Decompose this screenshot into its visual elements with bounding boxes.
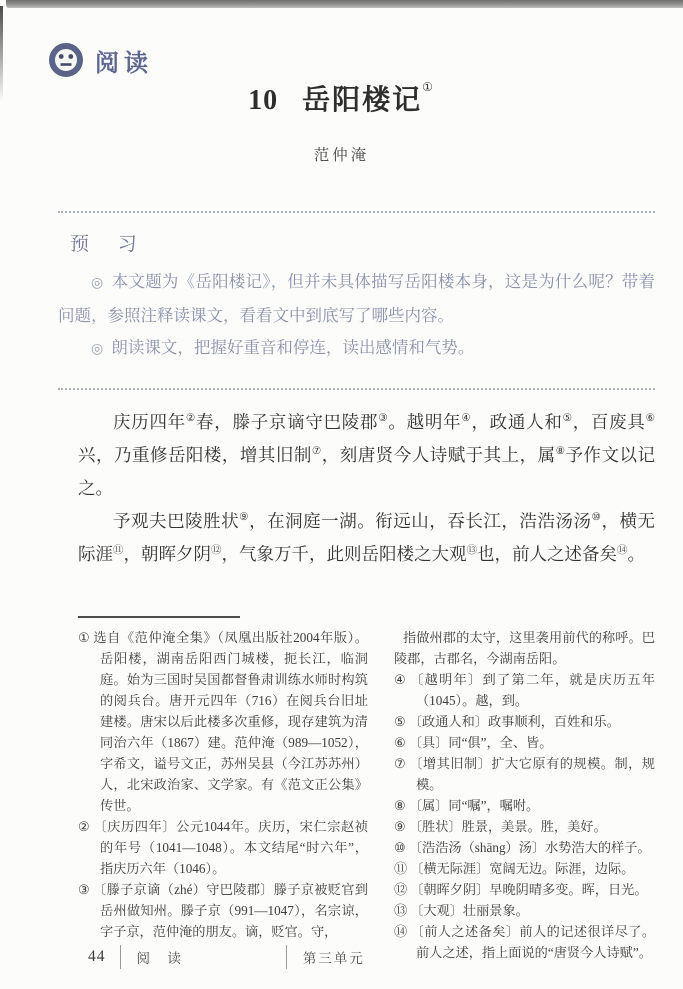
preview-heading: 预 习 bbox=[70, 229, 655, 256]
footer-unit-label: 第三单元 bbox=[303, 947, 365, 967]
lesson-title-text: 岳阳楼记 bbox=[302, 85, 422, 116]
note-ref: ⑤ bbox=[563, 413, 573, 424]
footnote-text: 〔大观〕壮丽景象。 bbox=[410, 903, 529, 918]
footnote-item: ④〔越明年〕到了第二年，就是庆历五年（1045）。越，到。 bbox=[394, 669, 655, 711]
footer-section-label: 阅 读 bbox=[137, 947, 188, 967]
footnote-number: ④ bbox=[394, 672, 407, 687]
footnote-number: ⑧ bbox=[394, 798, 406, 813]
footnote-item: ⑨〔胜状〕胜景，美景。胜，美好。 bbox=[394, 816, 655, 837]
preview-item: ◎ 本文题为《岳阳楼记》，但并未具体描写岳阳楼本身，这是为什么呢？带着问题，参照… bbox=[58, 266, 655, 332]
note-ref: ⑥ bbox=[646, 413, 655, 424]
footnote-number: ⑩ bbox=[394, 840, 406, 855]
footnote-item: ⑧〔属〕同“嘱”，嘱咐。 bbox=[394, 795, 655, 816]
footnote-number: ① bbox=[78, 630, 90, 645]
footnote-text: 〔增其旧制〕扩大它原有的规模。制，规模。 bbox=[409, 756, 655, 792]
footnote-text: 〔前人之述备矣〕前人的记述很详尽了。前人之述，指上面说的“唐贤今人诗赋”。 bbox=[411, 924, 655, 960]
note-ref: ⑬ bbox=[467, 545, 478, 556]
footnote-continuation: 指做州郡的太守，这里袭用前代的称呼。巴陵郡，古郡名，今湖南岳阳。 bbox=[394, 627, 655, 669]
footnote-item: ③〔滕子京谪（zhé）守巴陵郡〕滕子京被贬官到岳州做知州。滕子京（991—104… bbox=[78, 879, 368, 942]
footnote-text: 〔横无际涯〕宽阔无边。际涯，边际。 bbox=[410, 861, 634, 876]
footnote-item: ⑪〔横无际涯〕宽阔无边。际涯，边际。 bbox=[394, 858, 655, 879]
footnote-number: ⑥ bbox=[394, 735, 406, 750]
footnote-number: ⑪ bbox=[394, 861, 407, 876]
course-text: 庆历四年②春，滕子京谪守巴陵郡③。越明年④，政通人和⑤，百废具⑥兴，乃重修岳阳楼… bbox=[78, 406, 655, 571]
smiley-face-icon bbox=[48, 42, 84, 78]
note-ref: ⑨ bbox=[239, 512, 249, 523]
footnote-number: ⑨ bbox=[394, 819, 406, 834]
scan-edge-top bbox=[6, 0, 683, 8]
footer-divider bbox=[286, 945, 287, 969]
footnote-number: ③ bbox=[78, 882, 90, 897]
note-ref: ⑧ bbox=[556, 446, 566, 457]
footnote-text: 〔属〕同“嘱”，嘱咐。 bbox=[409, 798, 539, 813]
footnote-number: ② bbox=[78, 819, 90, 834]
note-ref: ④ bbox=[461, 413, 471, 424]
footnotes: ①选自《范仲淹全集》（凤凰出版社2004年版）。岳阳楼，湖南岳阳西门城楼，扼长江… bbox=[78, 627, 655, 963]
footnote-number: ⑬ bbox=[394, 903, 407, 918]
preview-items: ◎ 本文题为《岳阳楼记》，但并未具体描写岳阳楼本身，这是为什么呢？带着问题，参照… bbox=[58, 266, 655, 366]
footnote-number: ⑫ bbox=[394, 882, 407, 897]
preview-section: 预 习 ◎ 本文题为《岳阳楼记》，但并未具体描写岳阳楼本身，这是为什么呢？带着问… bbox=[58, 211, 655, 390]
lesson-title: 10岳阳楼记① bbox=[0, 78, 683, 118]
text-paragraph: 予观夫巴陵胜状⑨，在洞庭一湖。衔远山，吞长江，浩浩汤汤⑩，横无际涯⑪，朝晖夕阴⑫… bbox=[78, 505, 655, 571]
bullet-icon: ◎ bbox=[91, 342, 103, 357]
footnote-text: 〔越明年〕到了第二年，就是庆历五年（1045）。越，到。 bbox=[410, 672, 655, 708]
title-note-ref: ① bbox=[422, 80, 435, 94]
footnote-text: 〔浩浩汤（shāng）汤〕水势浩大的样子。 bbox=[409, 840, 651, 855]
footnote-number: ⑭ bbox=[394, 924, 408, 939]
footer-divider bbox=[120, 945, 121, 969]
footnotes-left-column: ①选自《范仲淹全集》（凤凰出版社2004年版）。岳阳楼，湖南岳阳西门城楼，扼长江… bbox=[78, 627, 368, 963]
note-ref: ⑦ bbox=[312, 446, 322, 457]
footnote-item: ⑭〔前人之述备矣〕前人的记述很详尽了。前人之述，指上面说的“唐贤今人诗赋”。 bbox=[394, 921, 655, 963]
note-ref: ⑭ bbox=[617, 545, 628, 556]
section-tag: 阅读 bbox=[48, 42, 153, 78]
footnote-number: ⑤ bbox=[394, 714, 406, 729]
footnote-item: ②〔庆历四年〕公元1044年。庆历，宋仁宗赵祯的年号（1041—1048）。本文… bbox=[78, 816, 368, 879]
footnote-text: 〔胜状〕胜景，美景。胜，美好。 bbox=[409, 819, 607, 834]
footnote-item: ⑫〔朝晖夕阴〕早晚阴晴多变。晖，日光。 bbox=[394, 879, 655, 900]
note-ref: ⑩ bbox=[592, 512, 602, 523]
footnote-text: 〔具〕同“俱”，全、皆。 bbox=[409, 735, 553, 750]
preview-item: ◎ 朗读课文，把握好重音和停连，读出感情和气势。 bbox=[58, 332, 655, 366]
textbook-page: 阅读 10岳阳楼记① 范仲淹 预 习 ◎ 本文题为《岳阳楼记》，但并未具体描写岳… bbox=[0, 0, 683, 989]
footnotes-right-column: 指做州郡的太守，这里袭用前代的称呼。巴陵郡，古郡名，今湖南岳阳。④〔越明年〕到了… bbox=[394, 627, 655, 963]
note-ref: ③ bbox=[378, 413, 388, 424]
footnote-text: 选自《范仲淹全集》（凤凰出版社2004年版）。岳阳楼，湖南岳阳西门城楼，扼长江，… bbox=[93, 630, 368, 813]
footnote-text: 〔政通人和〕政事顺利，百姓和乐。 bbox=[409, 714, 620, 729]
footnote-item: ⑤〔政通人和〕政事顺利，百姓和乐。 bbox=[394, 711, 655, 732]
note-ref: ② bbox=[186, 413, 196, 424]
text-paragraph: 庆历四年②春，滕子京谪守巴陵郡③。越明年④，政通人和⑤，百废具⑥兴，乃重修岳阳楼… bbox=[78, 406, 655, 505]
footnote-item: ⑦〔增其旧制〕扩大它原有的规模。制，规模。 bbox=[394, 753, 655, 795]
bullet-icon: ◎ bbox=[91, 276, 103, 291]
footnote-text: 指做州郡的太守，这里袭用前代的称呼。巴陵郡，古郡名，今湖南岳阳。 bbox=[394, 630, 655, 666]
page-footer: 44 阅 读 第三单元 bbox=[88, 944, 365, 970]
footnote-item: ⑬〔大观〕壮丽景象。 bbox=[394, 900, 655, 921]
footnote-separator bbox=[78, 616, 240, 618]
footnote-item: ⑥〔具〕同“俱”，全、皆。 bbox=[394, 732, 655, 753]
footnote-item: ⑩〔浩浩汤（shāng）汤〕水势浩大的样子。 bbox=[394, 837, 655, 858]
footnote-text: 〔庆历四年〕公元1044年。庆历，宋仁宗赵祯的年号（1041—1048）。本文结… bbox=[93, 819, 368, 876]
footnote-text: 〔朝晖夕阴〕早晚阴晴多变。晖，日光。 bbox=[410, 882, 647, 897]
author-name: 范仲淹 bbox=[0, 143, 683, 165]
lesson-number: 10 bbox=[248, 85, 278, 116]
note-ref: ⑪ bbox=[113, 545, 124, 556]
note-ref: ⑫ bbox=[211, 545, 222, 556]
footnote-text: 〔滕子京谪（zhé）守巴陵郡〕滕子京被贬官到岳州做知州。滕子京（991—1047… bbox=[93, 882, 368, 939]
section-tag-label: 阅读 bbox=[95, 43, 153, 78]
footnote-number: ⑦ bbox=[394, 756, 406, 771]
page-number: 44 bbox=[88, 948, 106, 966]
footnote-item: ①选自《范仲淹全集》（凤凰出版社2004年版）。岳阳楼，湖南岳阳西门城楼，扼长江… bbox=[78, 627, 368, 816]
